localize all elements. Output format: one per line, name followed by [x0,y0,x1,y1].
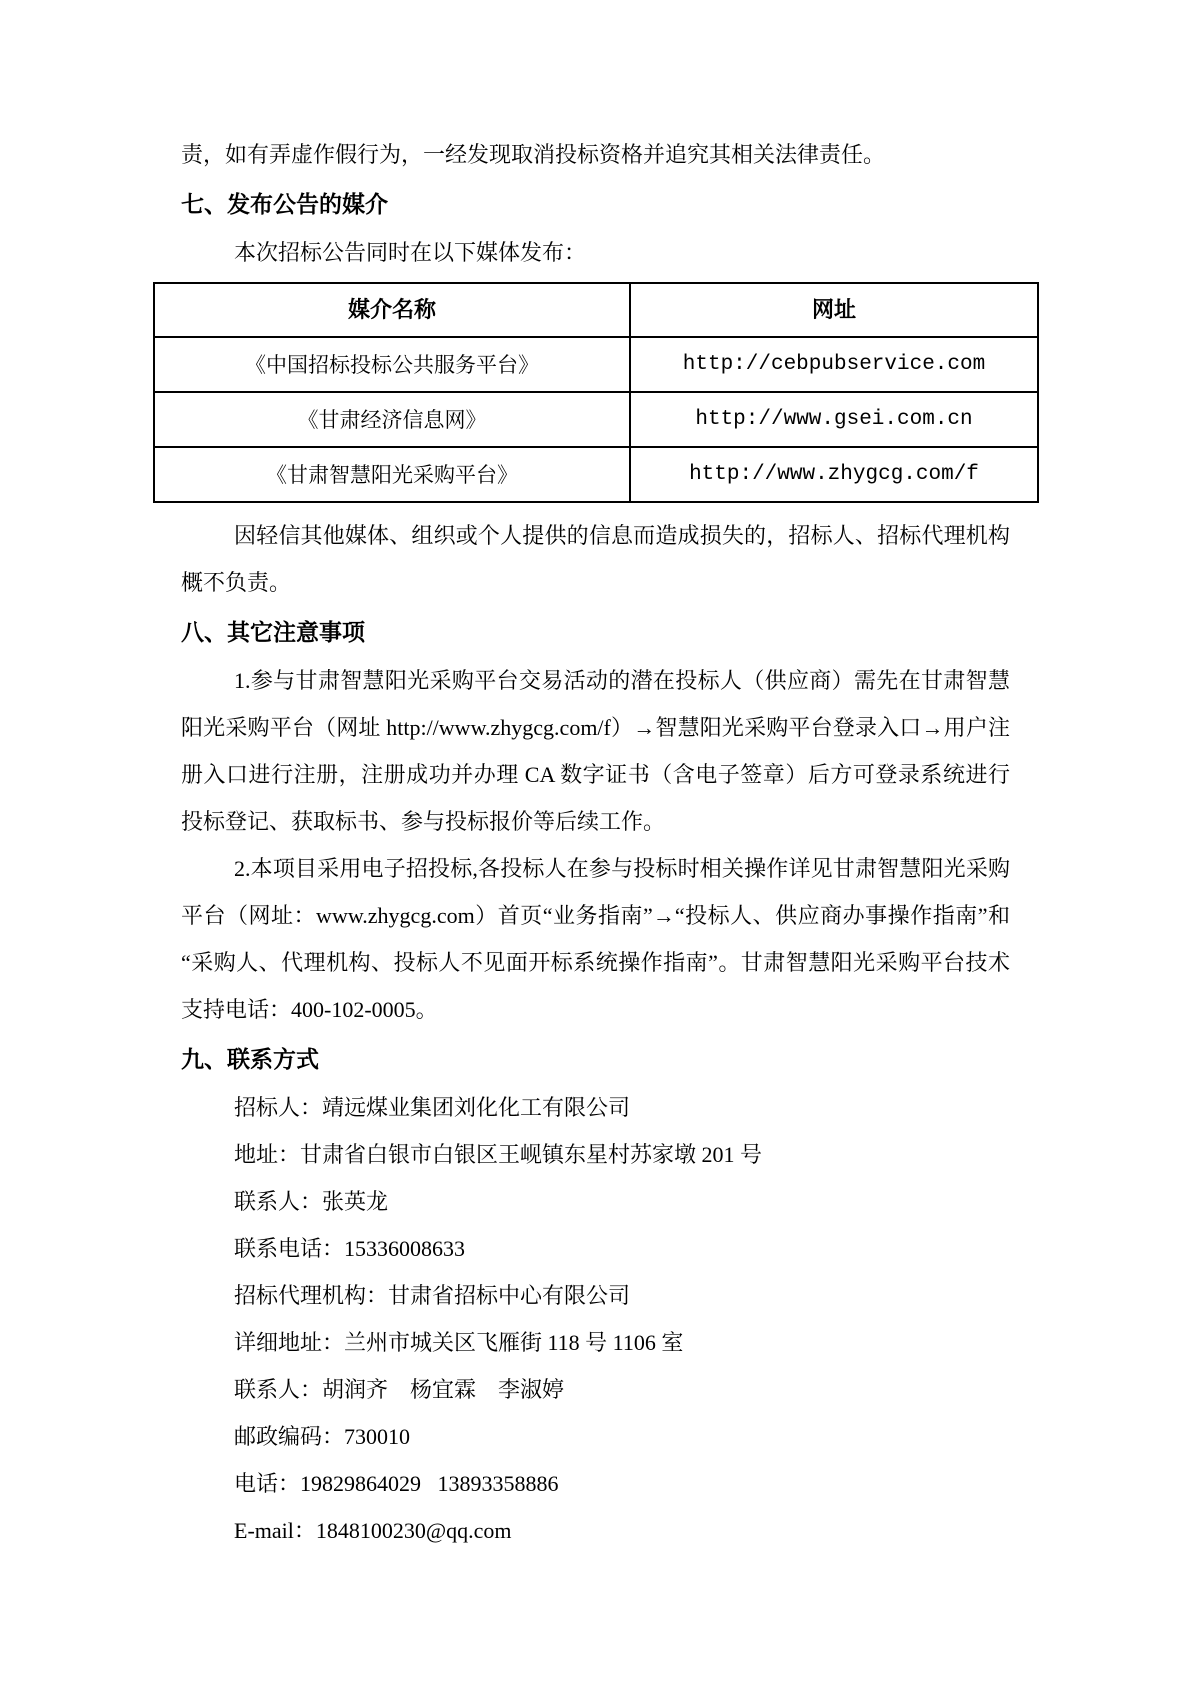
contact-agency: 招标代理机构：甘肃省招标中心有限公司 [181,1272,1010,1319]
media-url-cell: http://www.zhygcg.com/f [630,447,1038,502]
document-page: 责，如有弄虚作假行为，一经发现取消投标资格并追究其相关法律责任。 七、发布公告的… [0,0,1191,1684]
contact-tenderer-person: 联系人：张英龙 [181,1178,1010,1225]
section-7-heading: 七、发布公告的媒介 [181,181,1010,228]
media-name-column-header: 媒介名称 [154,283,630,337]
contact-agency-persons: 联系人：胡润齐 杨宜霖 李淑婷 [181,1366,1010,1413]
media-table-header: 媒介名称 网址 [154,283,1038,337]
section-8-heading: 八、其它注意事项 [181,609,1010,656]
contact-tenderer-address: 地址：甘肃省白银市白银区王岘镇东星村苏家墩 201 号 [181,1131,1010,1178]
table-row: 《中国招标投标公共服务平台》 http://cebpubservice.com [154,337,1038,392]
contact-agency-address: 详细地址：兰州市城关区飞雁街 118 号 1106 室 [181,1319,1010,1366]
notice-paragraph-1: 1.参与甘肃智慧阳光采购平台交易活动的潜在投标人（供应商）需先在甘肃智慧阳光采购… [181,657,1010,845]
table-header-row: 媒介名称 网址 [154,283,1038,337]
continuation-paragraph: 责，如有弄虚作假行为，一经发现取消投标资格并追究其相关法律责任。 [181,131,1010,178]
media-url-cell: http://www.gsei.com.cn [630,392,1038,447]
contact-email: E-mail：1848100230@qq.com [181,1507,1010,1554]
section-7-lead: 本次招标公告同时在以下媒体发布： [181,229,1010,276]
table-row: 《甘肃智慧阳光采购平台》 http://www.zhygcg.com/f [154,447,1038,502]
contact-postal-code: 邮政编码：730010 [181,1413,1010,1460]
table-row: 《甘肃经济信息网》 http://www.gsei.com.cn [154,392,1038,447]
url-column-header: 网址 [630,283,1038,337]
notice-paragraph-2: 2.本项目采用电子招投标,各投标人在参与投标时相关操作详见甘肃智慧阳光采购平台（… [181,845,1010,1033]
section-9-heading: 九、联系方式 [181,1036,1010,1083]
contact-agency-phones: 电话：19829864029 13893358886 [181,1460,1010,1507]
media-name-cell: 《中国招标投标公共服务平台》 [154,337,630,392]
media-table-body: 《中国招标投标公共服务平台》 http://cebpubservice.com … [154,337,1038,502]
media-publication-table: 媒介名称 网址 《中国招标投标公共服务平台》 http://cebpubserv… [153,282,1039,503]
media-url-cell: http://cebpubservice.com [630,337,1038,392]
contact-tenderer: 招标人：靖远煤业集团刘化化工有限公司 [181,1084,1010,1131]
media-name-cell: 《甘肃智慧阳光采购平台》 [154,447,630,502]
contact-tenderer-phone: 联系电话：15336008633 [181,1225,1010,1272]
media-name-cell: 《甘肃经济信息网》 [154,392,630,447]
disclaimer-paragraph: 因轻信其他媒体、组织或个人提供的信息而造成损失的，招标人、招标代理机构概不负责。 [181,512,1010,606]
